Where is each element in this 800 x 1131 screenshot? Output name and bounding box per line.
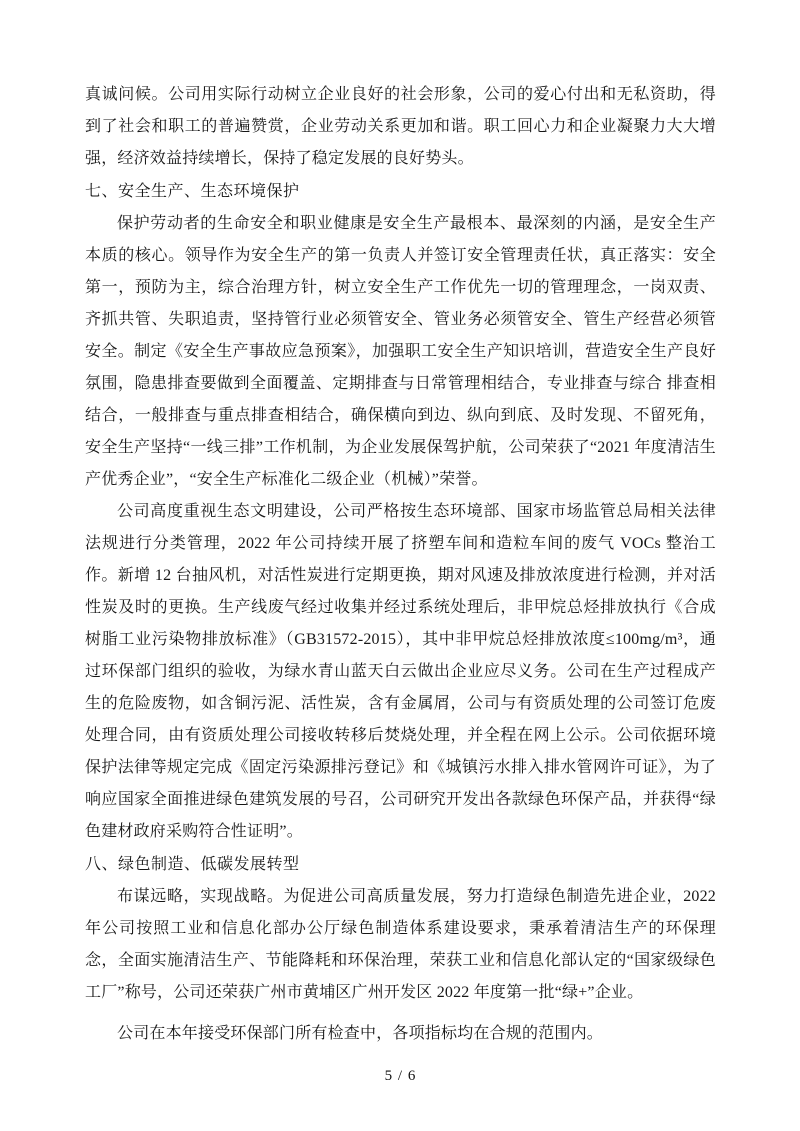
document-page: 真诚问候。公司用实际行动树立企业良好的社会形象，公司的爱心付出和无私资助，得到了…	[0, 0, 800, 1131]
paragraph-ecological-management: 公司高度重视生态文明建设，公司严格按生态环境部、国家市场监管总局相关法律法规进行…	[85, 496, 716, 848]
section-heading-green-manufacturing: 八、绿色制造、低碳发展转型	[85, 848, 716, 881]
page-number: 5 / 6	[85, 1060, 716, 1092]
paragraph-inspection-compliance: 公司在本年接受环保部门所有检查中，各项指标均在合规的范围内。	[85, 1018, 716, 1050]
paragraph-safety-production: 保护劳动者的生命安全和职业健康是安全生产最根本、最深刻的内涵，是安全生产本质的核…	[85, 208, 716, 496]
paragraph-continuation: 真诚问候。公司用实际行动树立企业良好的社会形象，公司的爱心付出和无私资助，得到了…	[85, 79, 716, 175]
paragraph-green-strategy: 布谋远略，实现战略。为促进公司高质量发展，努力打造绿色制造先进企业，2022 年…	[85, 881, 716, 1009]
section-heading-safety-environment: 七、安全生产、生态环境保护	[85, 175, 716, 208]
